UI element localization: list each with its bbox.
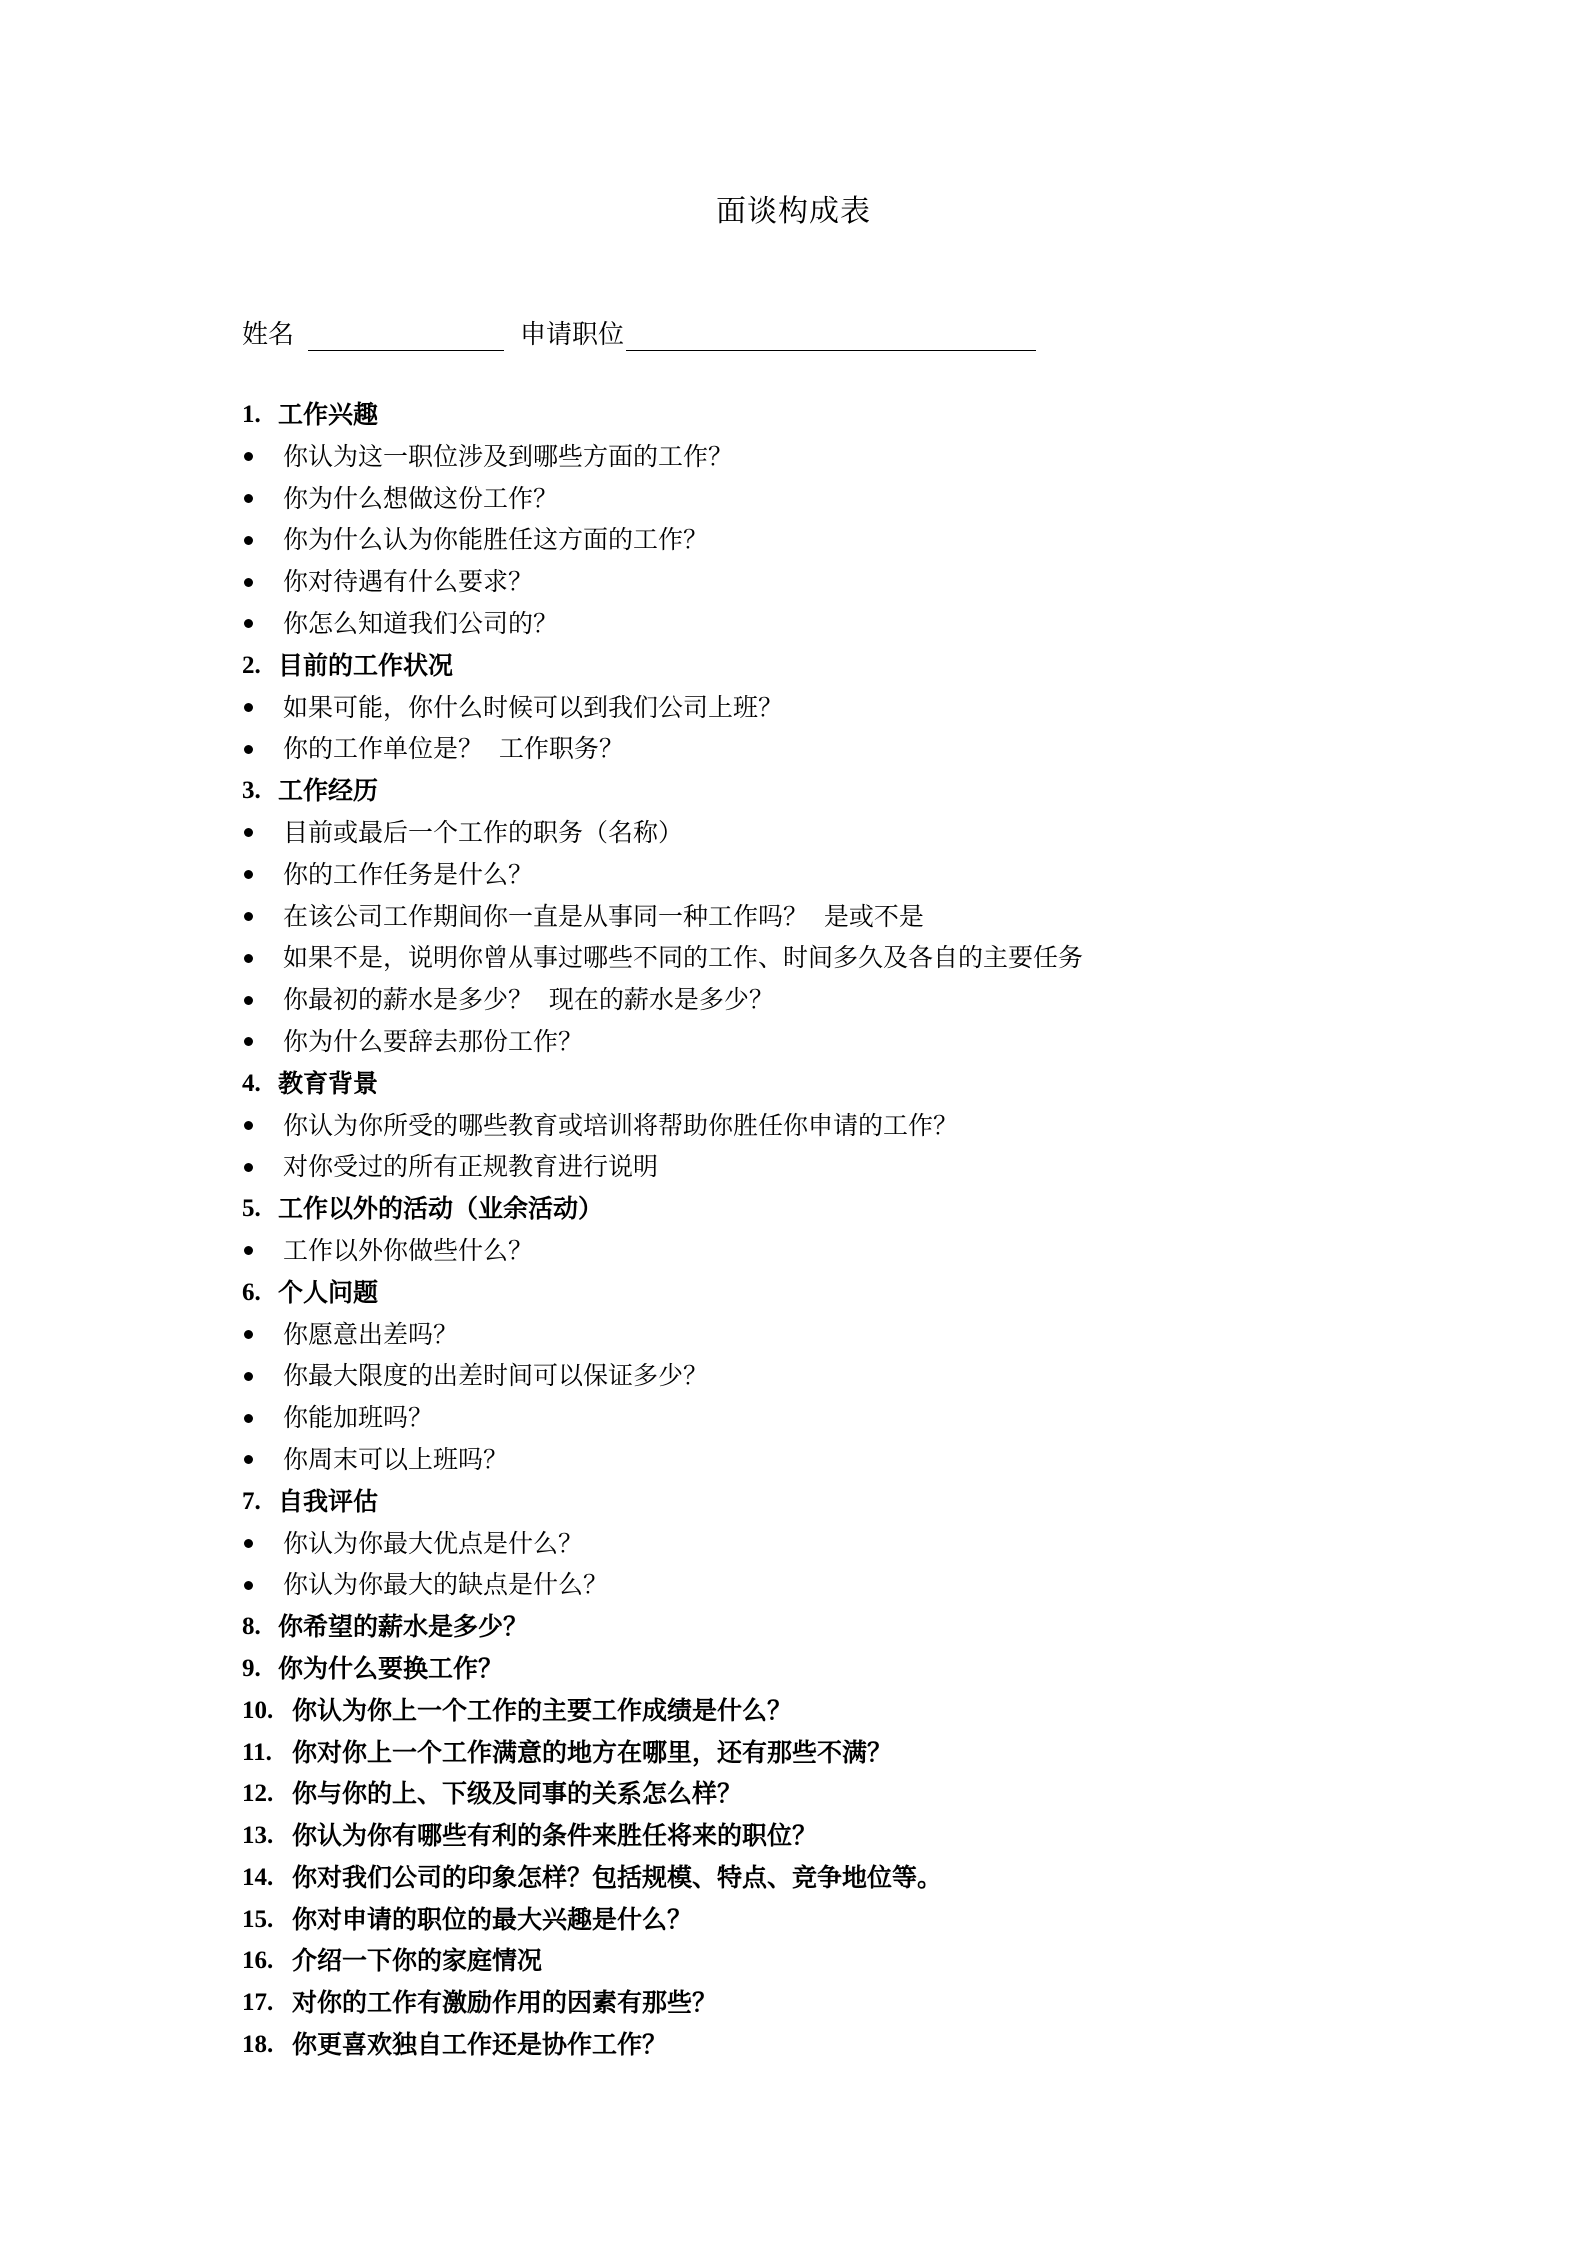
bullet-icon: [244, 1455, 253, 1464]
section-title: 工作以外的活动（业余活动）: [278, 1188, 603, 1230]
question-text: 你认为这一职位涉及到哪些方面的工作？: [283, 436, 733, 478]
section-heading: 6. 个人问题: [242, 1272, 1442, 1314]
bullet-icon: [244, 1414, 253, 1423]
question-text: 你认为你最大优点是什么？: [283, 1523, 583, 1565]
list-item: 你为什么认为你能胜任这方面的工作？: [242, 519, 1442, 561]
list-item: 你认为这一职位涉及到哪些方面的工作？: [242, 436, 1442, 478]
bullet-icon: [244, 1330, 253, 1339]
section-number: 5.: [242, 1188, 278, 1230]
list-item: 你怎么知道我们公司的？: [242, 603, 1442, 645]
list-item: 你对待遇有什么要求？: [242, 561, 1442, 603]
section-title: 教育背景: [278, 1063, 378, 1105]
section-heading: 4. 教育背景: [242, 1063, 1442, 1105]
list-item: 你周末可以上班吗？: [242, 1439, 1442, 1481]
bullet-icon: [244, 494, 253, 503]
section-title: 你希望的薪水是多少？: [278, 1606, 528, 1648]
section-title: 你认为你有哪些有利的条件来胜任将来的职位？: [292, 1815, 817, 1857]
list-item: 你愿意出差吗？: [242, 1314, 1442, 1356]
interview-questions: 1. 工作兴趣 你认为这一职位涉及到哪些方面的工作？ 你为什么想做这份工作？ 你…: [242, 394, 1442, 2066]
list-item: 你的工作单位是？ 工作职务？: [242, 728, 1442, 770]
position-label: 申请职位: [520, 313, 624, 357]
section-number: 8.: [242, 1606, 278, 1648]
bullet-icon: [244, 1121, 253, 1130]
bullet-icon: [244, 996, 253, 1005]
bullet-icon: [244, 452, 253, 461]
list-item: 工作以外你做些什么？: [242, 1230, 1442, 1272]
section-number: 4.: [242, 1063, 278, 1105]
section-title: 你为什么要换工作？: [278, 1648, 503, 1690]
list-item: 你最大限度的出差时间可以保证多少？: [242, 1355, 1442, 1397]
question-text: 你的工作单位是？ 工作职务？: [283, 728, 624, 770]
section-title: 你对申请的职位的最大兴趣是什么？: [292, 1899, 692, 1941]
section-heading: 15. 你对申请的职位的最大兴趣是什么？: [242, 1899, 1442, 1941]
position-field[interactable]: [626, 316, 1036, 351]
section-title: 工作兴趣: [278, 394, 378, 436]
section-title: 对你的工作有激励作用的因素有那些？: [292, 1982, 717, 2024]
section-title: 你对你上一个工作满意的地方在哪里，还有那些不满？: [292, 1732, 892, 1774]
section-heading: 7. 自我评估: [242, 1481, 1442, 1523]
applicant-info-row: 姓名 申请职位: [242, 313, 1036, 357]
question-text: 对你受过的所有正规教育进行说明: [283, 1146, 658, 1188]
list-item: 你认为你最大优点是什么？: [242, 1523, 1442, 1565]
section-title: 你认为你上一个工作的主要工作成绩是什么？: [292, 1690, 792, 1732]
list-item: 你为什么要辞去那份工作？: [242, 1021, 1442, 1063]
section-number: 15.: [242, 1899, 292, 1941]
section-heading: 13. 你认为你有哪些有利的条件来胜任将来的职位？: [242, 1815, 1442, 1857]
question-text: 如果不是，说明你曾从事过哪些不同的工作、时间多久及各自的主要任务: [283, 937, 1083, 979]
question-text: 你怎么知道我们公司的？: [283, 603, 558, 645]
section-title: 介绍一下你的家庭情况: [292, 1940, 542, 1982]
question-text: 你为什么要辞去那份工作？: [283, 1021, 583, 1063]
list-item: 如果不是，说明你曾从事过哪些不同的工作、时间多久及各自的主要任务: [242, 937, 1442, 979]
section-heading: 3. 工作经历: [242, 770, 1442, 812]
list-item: 你能加班吗？: [242, 1397, 1442, 1439]
bullet-icon: [244, 703, 253, 712]
bullet-icon: [244, 578, 253, 587]
section-number: 14.: [242, 1857, 292, 1899]
section-heading: 1. 工作兴趣: [242, 394, 1442, 436]
question-text: 你认为你所受的哪些教育或培训将帮助你胜任你申请的工作？: [283, 1105, 958, 1147]
section-heading: 14. 你对我们公司的印象怎样？包括规模、特点、竞争地位等。: [242, 1857, 1442, 1899]
bullet-icon: [244, 619, 253, 628]
section-heading: 17. 对你的工作有激励作用的因素有那些？: [242, 1982, 1442, 2024]
name-label: 姓名: [242, 313, 294, 357]
question-text: 你周末可以上班吗？: [283, 1439, 508, 1481]
bullet-icon: [244, 1372, 253, 1381]
section-number: 13.: [242, 1815, 292, 1857]
bullet-icon: [244, 954, 253, 963]
bullet-icon: [244, 1246, 253, 1255]
section-title: 个人问题: [278, 1272, 378, 1314]
section-heading: 8. 你希望的薪水是多少？: [242, 1606, 1442, 1648]
section-number: 12.: [242, 1773, 292, 1815]
name-field[interactable]: [308, 316, 504, 351]
section-number: 18.: [242, 2024, 292, 2066]
bullet-icon: [244, 870, 253, 879]
section-heading: 10. 你认为你上一个工作的主要工作成绩是什么？: [242, 1690, 1442, 1732]
list-item: 你最初的薪水是多少？ 现在的薪水是多少？: [242, 979, 1442, 1021]
section-number: 17.: [242, 1982, 292, 2024]
bullet-icon: [244, 828, 253, 837]
list-item: 对你受过的所有正规教育进行说明: [242, 1146, 1442, 1188]
bullet-icon: [244, 1539, 253, 1548]
section-title: 你与你的上、下级及同事的关系怎么样？: [292, 1773, 742, 1815]
section-title: 自我评估: [278, 1481, 378, 1523]
list-item: 你为什么想做这份工作？: [242, 478, 1442, 520]
question-text: 你愿意出差吗？: [283, 1314, 458, 1356]
section-heading: 18. 你更喜欢独自工作还是协作工作？: [242, 2024, 1442, 2066]
bullet-icon: [244, 1163, 253, 1172]
question-text: 你为什么想做这份工作？: [283, 478, 558, 520]
section-title: 目前的工作状况: [278, 645, 453, 687]
question-text: 你最初的薪水是多少？ 现在的薪水是多少？: [283, 979, 774, 1021]
question-text: 目前或最后一个工作的职务（名称）: [283, 812, 683, 854]
section-number: 6.: [242, 1272, 278, 1314]
question-text: 你的工作任务是什么？: [283, 854, 533, 896]
section-number: 16.: [242, 1940, 292, 1982]
section-heading: 16. 介绍一下你的家庭情况: [242, 1940, 1442, 1982]
bullet-icon: [244, 536, 253, 545]
list-item: 如果可能，你什么时候可以到我们公司上班？: [242, 687, 1442, 729]
section-number: 2.: [242, 645, 278, 687]
list-item: 目前或最后一个工作的职务（名称）: [242, 812, 1442, 854]
section-title: 你对我们公司的印象怎样？包括规模、特点、竞争地位等。: [292, 1857, 942, 1899]
section-number: 11.: [242, 1732, 292, 1774]
section-heading: 11. 你对你上一个工作满意的地方在哪里，还有那些不满？: [242, 1732, 1442, 1774]
section-title: 你更喜欢独自工作还是协作工作？: [292, 2024, 667, 2066]
section-heading: 2. 目前的工作状况: [242, 645, 1442, 687]
list-item: 在该公司工作期间你一直是从事同一种工作吗？ 是或不是: [242, 896, 1442, 938]
section-number: 1.: [242, 394, 278, 436]
question-text: 你认为你最大的缺点是什么？: [283, 1564, 608, 1606]
question-text: 你为什么认为你能胜任这方面的工作？: [283, 519, 708, 561]
list-item: 你认为你所受的哪些教育或培训将帮助你胜任你申请的工作？: [242, 1105, 1442, 1147]
section-number: 10.: [242, 1690, 292, 1732]
document-page: 面谈构成表 姓名 申请职位 1. 工作兴趣 你认为这一职位涉及到哪些方面的工作？…: [0, 0, 1587, 2245]
list-item: 你认为你最大的缺点是什么？: [242, 1564, 1442, 1606]
bullet-icon: [244, 1037, 253, 1046]
question-text: 你最大限度的出差时间可以保证多少？: [283, 1355, 708, 1397]
section-heading: 5. 工作以外的活动（业余活动）: [242, 1188, 1442, 1230]
section-heading: 12. 你与你的上、下级及同事的关系怎么样？: [242, 1773, 1442, 1815]
bullet-icon: [244, 745, 253, 754]
section-number: 7.: [242, 1481, 278, 1523]
question-text: 你对待遇有什么要求？: [283, 561, 533, 603]
question-text: 在该公司工作期间你一直是从事同一种工作吗？ 是或不是: [283, 896, 924, 938]
question-text: 如果可能，你什么时候可以到我们公司上班？: [283, 687, 783, 729]
section-heading: 9. 你为什么要换工作？: [242, 1648, 1442, 1690]
section-title: 工作经历: [278, 770, 378, 812]
section-number: 3.: [242, 770, 278, 812]
section-number: 9.: [242, 1648, 278, 1690]
page-title: 面谈构成表: [0, 190, 1587, 234]
question-text: 工作以外你做些什么？: [283, 1230, 533, 1272]
question-text: 你能加班吗？: [283, 1397, 433, 1439]
bullet-icon: [244, 1581, 253, 1590]
list-item: 你的工作任务是什么？: [242, 854, 1442, 896]
bullet-icon: [244, 912, 253, 921]
